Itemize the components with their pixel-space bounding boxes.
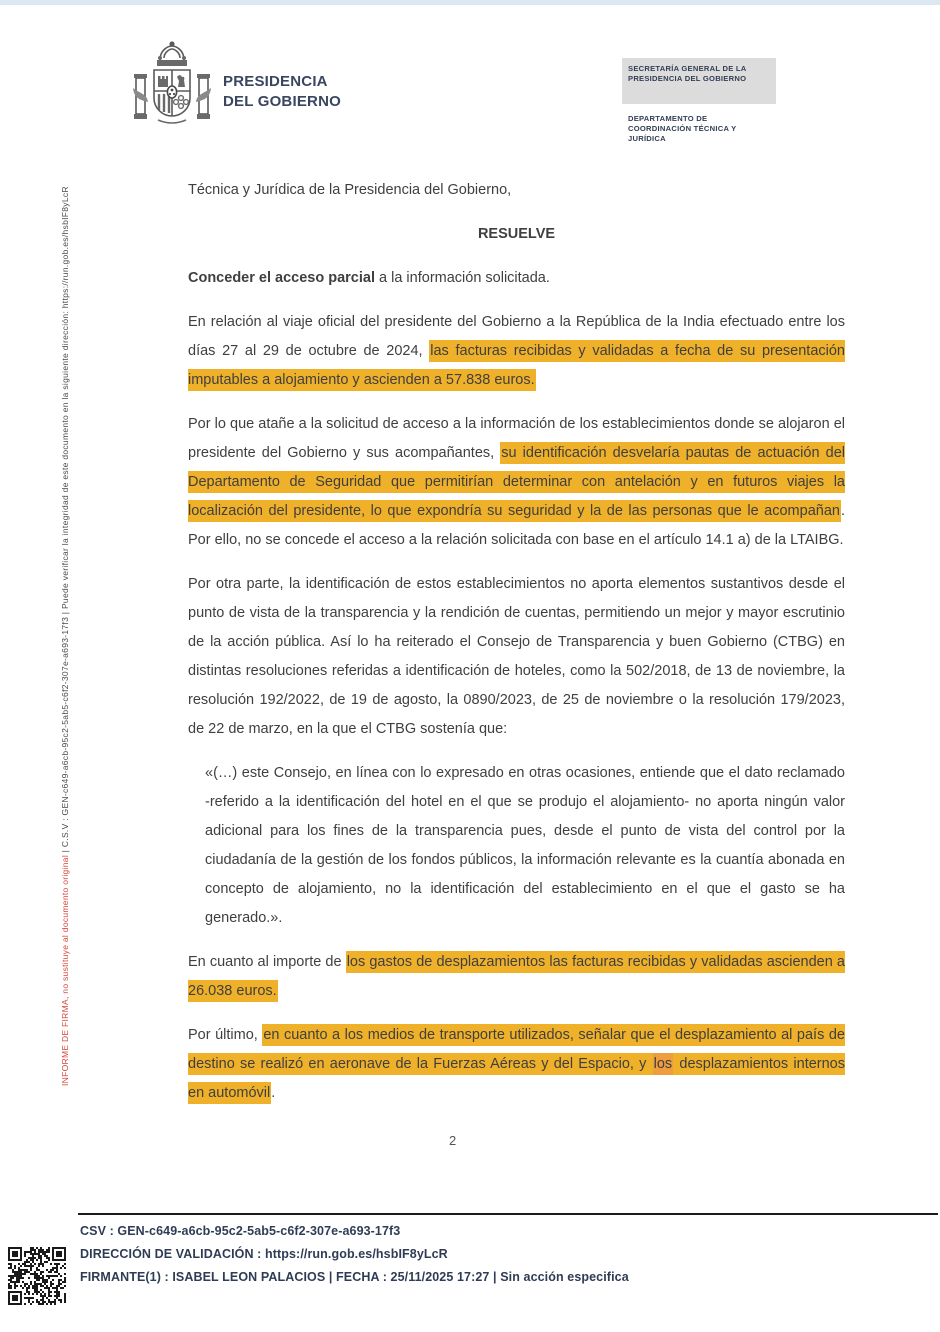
qr-code [8,1247,66,1305]
text-run: Por otra parte, la identificación de est… [188,576,845,737]
document-page: INFORME DE FIRMA, no sustituye al docume… [0,0,940,1332]
document-body: Técnica y Jurídica de la Presidencia del… [188,176,845,1123]
header-right-block: SECRETARÍA GENERAL DE LA PRESIDENCIA DEL… [622,58,778,144]
paragraph: Por lo que atañe a la solicitud de acces… [188,410,845,555]
text-run: . [271,1085,275,1101]
section-heading: RESUELVE [188,220,845,249]
viewer-top-strip [0,0,940,5]
paragraph: «(…) este Consejo, en línea con lo expre… [188,759,845,933]
agency-title-line1: PRESIDENCIA [223,72,341,92]
paragraph: Conceder el acceso parcial a la informac… [188,264,845,293]
footer-divider [78,1213,938,1215]
paragraph: Técnica y Jurídica de la Presidencia del… [188,176,845,205]
departamento-label: DEPARTAMENTO DE COORDINACIÓN TÉCNICA Y J… [622,114,748,144]
paragraph: En relación al viaje oficial del preside… [188,308,845,395]
coat-of-arms-icon [126,36,218,154]
text-run: Conceder el acceso parcial [188,270,375,286]
paragraph: En cuanto al importe de los gastos de de… [188,948,845,1006]
agency-title-line2: DEL GOBIERNO [223,92,341,112]
text-run: «(…) este Consejo, en línea con lo expre… [205,765,845,926]
text-run: a la información solicitada. [375,270,550,286]
sidebar-red-text: INFORME DE FIRMA, no sustituye al docume… [60,852,70,1086]
csv-line: CSV : GEN-c649-a6cb-95c2-5ab5-c6f2-307e-… [80,1220,629,1243]
validation-url-line: DIRECCIÓN DE VALIDACIÓN : https://run.go… [80,1243,629,1266]
text-run: Técnica y Jurídica de la Presidencia del… [188,182,511,198]
secretaria-general-label: SECRETARÍA GENERAL DE LA PRESIDENCIA DEL… [622,58,776,104]
sidebar-dark-text: | C.S.V : GEN-c649-a6cb-95c2-5ab5-c6f2-3… [60,186,70,852]
paragraph: Por otra parte, la identificación de est… [188,570,845,744]
text-run: En cuanto al importe de [188,954,346,970]
paragraph: Por último, en cuanto a los medios de tr… [188,1021,845,1108]
text-run: Por último, [188,1027,262,1043]
signature-footer: CSV : GEN-c649-a6cb-95c2-5ab5-c6f2-307e-… [80,1220,629,1289]
sidebar-vertical-text: INFORME DE FIRMA, no sustituye al docume… [60,40,76,1086]
signer-line: FIRMANTE(1) : ISABEL LEON PALACIOS | FEC… [80,1266,629,1289]
page-number: 2 [449,1133,456,1148]
text-run: RESUELVE [478,226,555,242]
agency-title: PRESIDENCIA DEL GOBIERNO [223,72,341,112]
highlighted-text: los [653,1053,674,1075]
